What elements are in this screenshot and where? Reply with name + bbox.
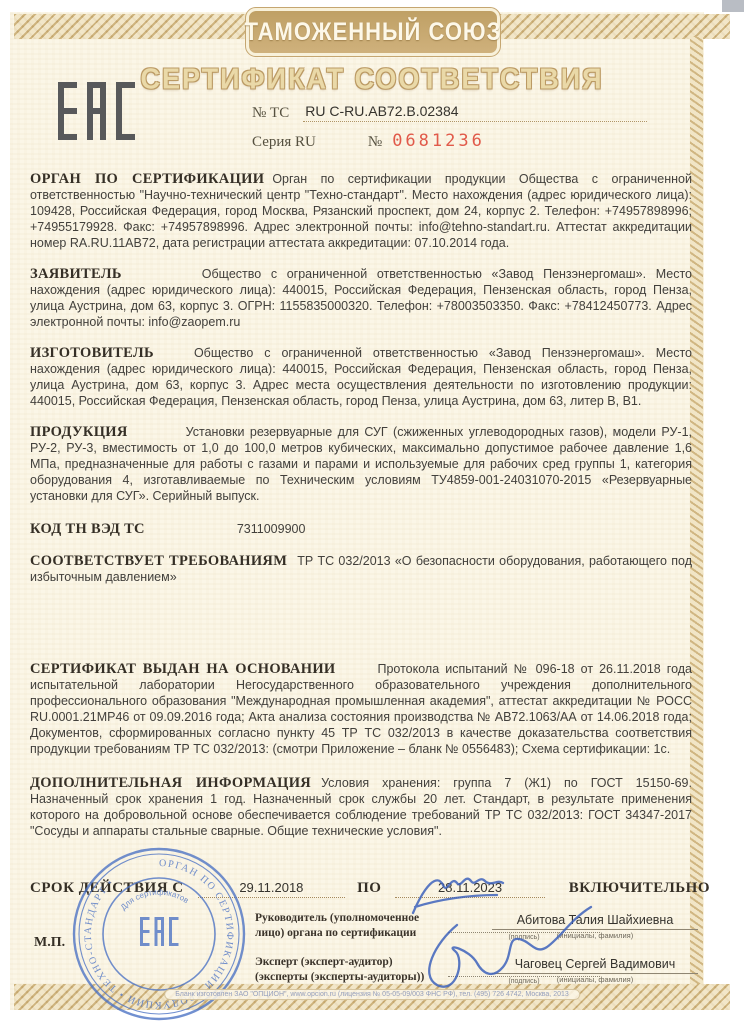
stamp-ring-text: ОРГАН ПО СЕРТИФИКАЦИИ ПРОДУКЦИИ • ТЕХНО-…	[83, 858, 235, 1010]
section-manufacturer: ИЗГОТОВИТЕЛЬОбщество с ограниченной отве…	[30, 345, 692, 409]
section-certification-body-label: ОРГАН ПО СЕРТИФИКАЦИИ	[30, 171, 264, 187]
section-product: ПРОДУКЦИЯУстановки резервуарные для СУГ …	[30, 424, 692, 504]
section-additional-info: ДОПОЛНИТЕЛЬНАЯ ИНФОРМАЦИЯУсловия хранени…	[30, 775, 692, 839]
section-conforms-requirements: СООТВЕТСТВУЕТ ТРЕБОВАНИЯМТР ТС 032/2013 …	[30, 553, 692, 585]
certificate-number-value: RU C-RU.АВ72.В.02384	[303, 103, 647, 122]
mp-seal-label: М.П.	[34, 935, 65, 951]
section-certification-body: ОРГАН ПО СЕРТИФИКАЦИИОрган по сертификац…	[30, 171, 692, 251]
scan-artifact-corner	[722, 0, 744, 12]
expert-signature-ink	[429, 907, 591, 987]
section-issued-basis-label: СЕРТИФИКАТ ВЫДАН НА ОСНОВАНИИ	[30, 661, 335, 677]
section-product-text: Установки резервуарные для СУГ (сжиженны…	[30, 425, 692, 503]
certificate-page: ТАМОЖЕННЫЙ СОЮЗ СЕРТИФИКАТ СООТВЕТСТВИЯ …	[0, 0, 744, 1024]
series-number-sign: №	[368, 134, 382, 151]
svg-text:Для сертификатов: Для сертификатов	[119, 888, 191, 912]
certificate-number-row: № ТС RU C-RU.АВ72.В.02384	[252, 103, 647, 122]
section-product-label: ПРОДУКЦИЯ	[30, 424, 128, 440]
svg-text:ОРГАН ПО СЕРТИФИКАЦИИ ПРОДУКЦИ: ОРГАН ПО СЕРТИФИКАЦИИ ПРОДУКЦИИ • ТЕХНО-…	[83, 858, 235, 1010]
stamp-inner-top-text: Для сертификатов	[119, 888, 191, 912]
handwritten-signatures	[385, 855, 615, 1005]
series-number-value: 0681236	[392, 131, 485, 151]
section-tnved-code-value: 7311009900	[237, 522, 306, 536]
certificate-body: ОРГАН ПО СЕРТИФИКАЦИИОрган по сертификац…	[30, 158, 692, 839]
section-conforms-requirements-label: СООТВЕТСТВУЕТ ТРЕБОВАНИЯМ	[30, 553, 287, 569]
blank-imprint: Бланк изготовлен ЗАО "ОПЦИОН", www.opcio…	[164, 989, 580, 1000]
customs-union-badge-label: ТАМОЖЕННЫЙ СОЮЗ	[245, 17, 502, 46]
series-label: Серия RU	[252, 134, 316, 151]
customs-union-badge: ТАМОЖЕННЫЙ СОЮЗ	[246, 8, 500, 56]
series-row: Серия RU № 0681236	[252, 131, 485, 151]
section-applicant-text: Общество с ограниченной ответственностью…	[30, 267, 692, 329]
section-tnved-code-label: КОД ТН ВЭД ТС	[30, 521, 145, 537]
document-title: СЕРТИФИКАТ СООТВЕТСТВИЯ	[0, 63, 744, 96]
head-signature-ink	[413, 879, 503, 913]
section-additional-info-label: ДОПОЛНИТЕЛЬНАЯ ИНФОРМАЦИЯ	[30, 775, 311, 791]
certificate-number-label: № ТС	[252, 105, 289, 122]
section-tnved-code: КОД ТН ВЭД ТС7311009900	[30, 521, 692, 537]
section-manufacturer-label: ИЗГОТОВИТЕЛЬ	[30, 345, 154, 361]
stamp-eac-mark	[140, 917, 179, 946]
section-issued-basis: СЕРТИФИКАТ ВЫДАН НА ОСНОВАНИИПротокола и…	[30, 661, 692, 757]
section-applicant-label: ЗАЯВИТЕЛЬ	[30, 266, 122, 282]
validity-po-label: ПО	[357, 880, 381, 897]
section-applicant: ЗАЯВИТЕЛЬОбщество с ограниченной ответст…	[30, 266, 692, 330]
